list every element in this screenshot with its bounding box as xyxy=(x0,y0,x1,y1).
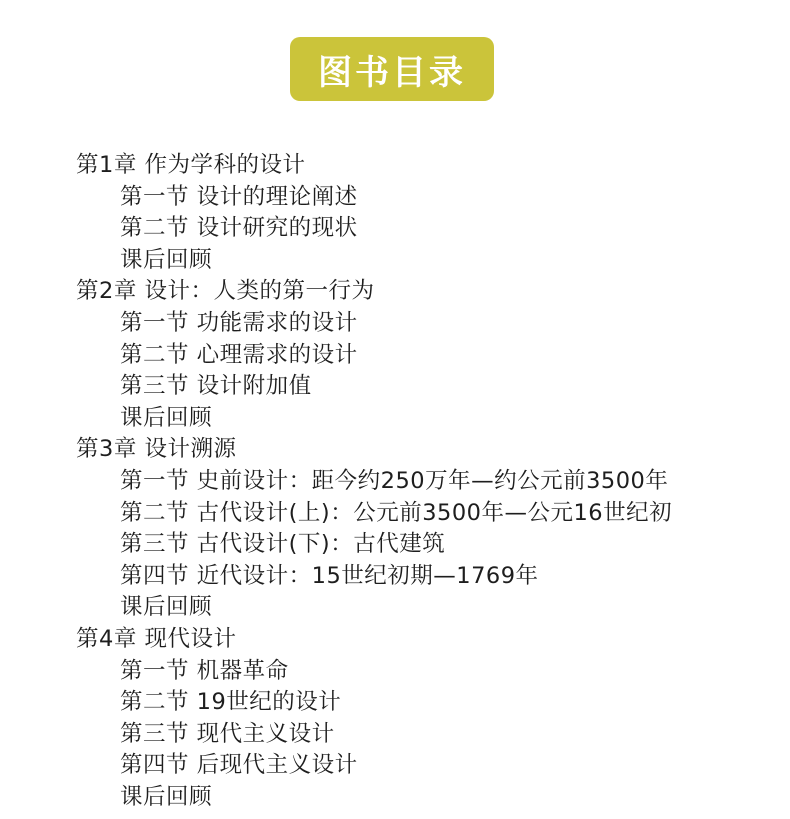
table-of-contents: 第1章 作为学科的设计第一节 设计的理论阐述第二节 设计研究的现状课后回顾第2章… xyxy=(76,150,776,813)
toc-section: 课后回顾 xyxy=(76,782,776,814)
toc-section: 第二节 古代设计(上)：公元前3500年—公元16世纪初 xyxy=(76,498,776,530)
toc-section: 课后回顾 xyxy=(76,592,776,624)
toc-section: 第四节 后现代主义设计 xyxy=(76,750,776,782)
toc-section: 第三节 设计附加值 xyxy=(76,371,776,403)
toc-section: 第二节 心理需求的设计 xyxy=(76,340,776,372)
toc-section: 第三节 古代设计(下)：古代建筑 xyxy=(76,529,776,561)
toc-section: 第一节 史前设计：距今约250万年—约公元前3500年 xyxy=(76,466,776,498)
toc-section: 第二节 设计研究的现状 xyxy=(76,213,776,245)
toc-chapter: 第3章 设计溯源 xyxy=(76,434,776,466)
toc-section: 第一节 功能需求的设计 xyxy=(76,308,776,340)
toc-section: 第三节 现代主义设计 xyxy=(76,719,776,751)
page-title: 图书目录 xyxy=(318,45,466,94)
toc-chapter: 第4章 现代设计 xyxy=(76,624,776,656)
toc-section: 第一节 机器革命 xyxy=(76,656,776,688)
toc-section: 课后回顾 xyxy=(76,403,776,435)
toc-section: 第一节 设计的理论阐述 xyxy=(76,182,776,214)
toc-section: 第二节 19世纪的设计 xyxy=(76,687,776,719)
toc-section: 课后回顾 xyxy=(76,245,776,277)
toc-title-badge: 图书目录 xyxy=(290,37,494,101)
toc-chapter: 第2章 设计：人类的第一行为 xyxy=(76,276,776,308)
toc-section: 第四节 近代设计：15世纪初期—1769年 xyxy=(76,561,776,593)
toc-chapter: 第1章 作为学科的设计 xyxy=(76,150,776,182)
